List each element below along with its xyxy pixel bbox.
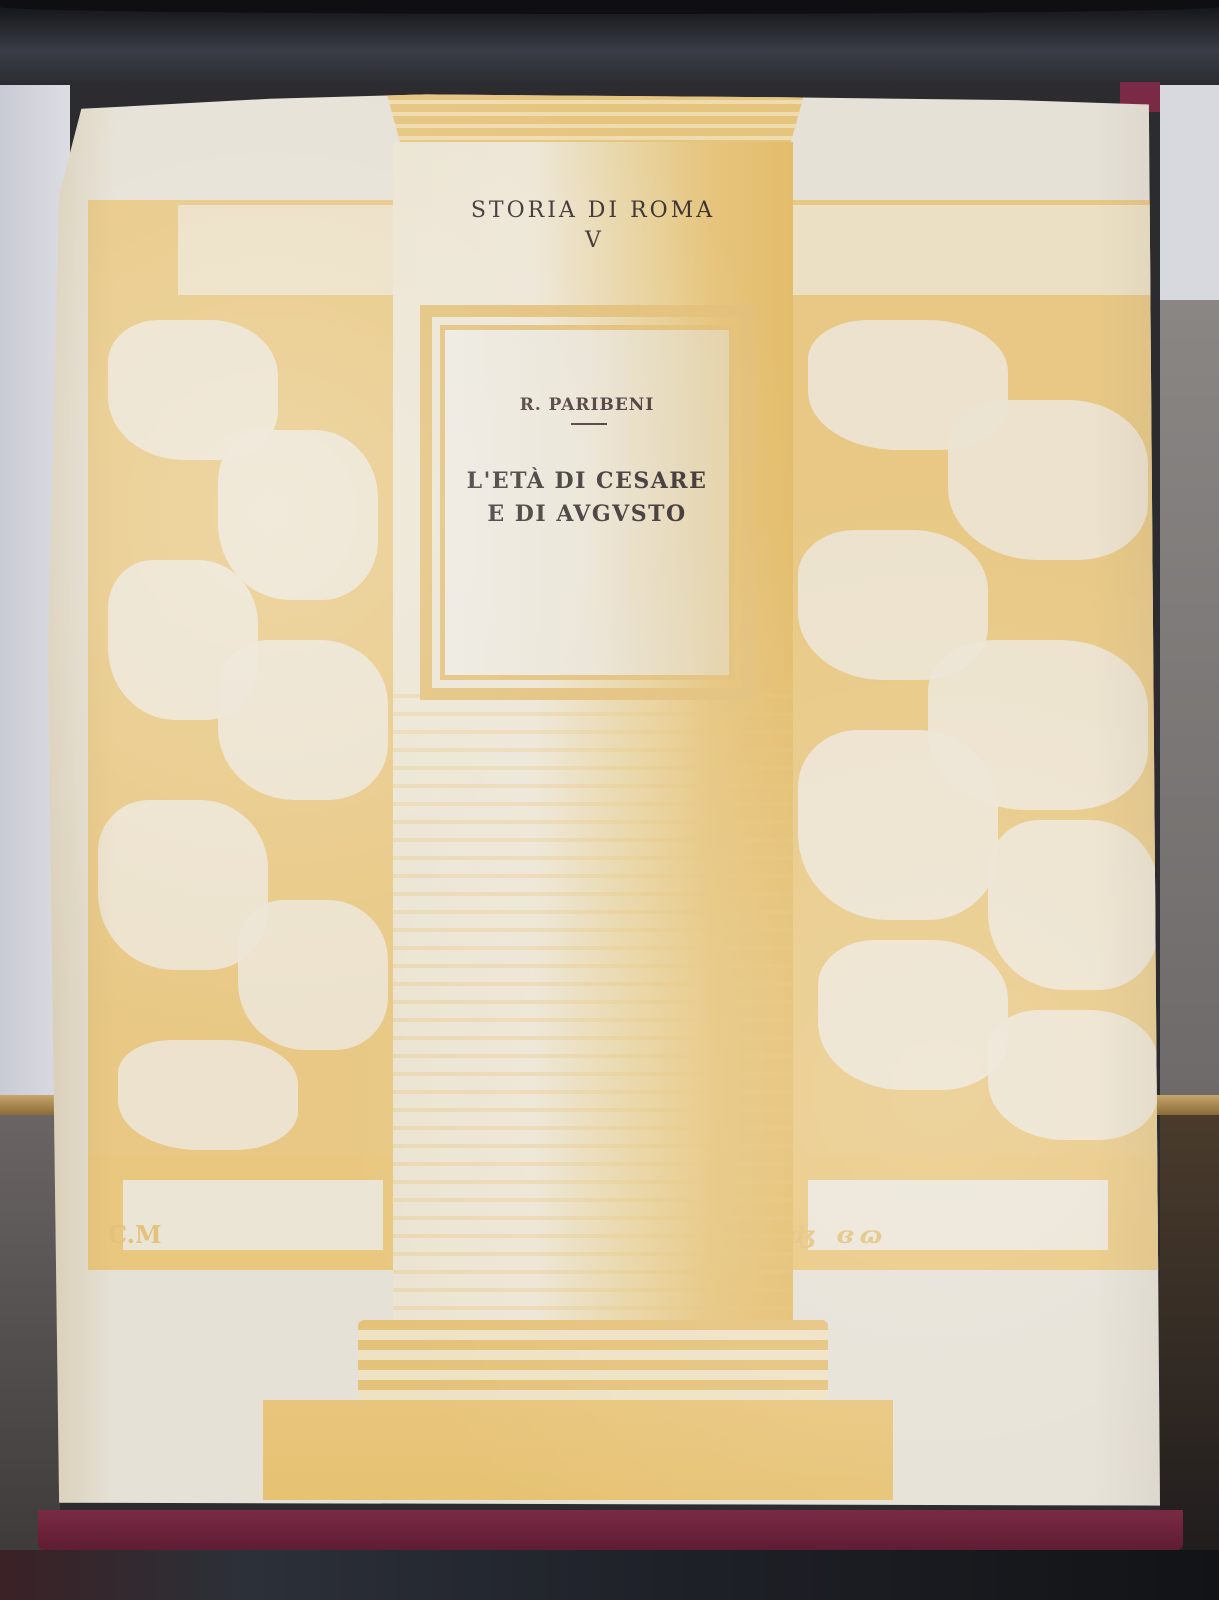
dust-jacket: C.M ʤ ɞɷ STORIA DI ROMA V R. PARIBENI L'…	[48, 80, 1160, 1520]
dark-cushion	[0, 0, 1219, 85]
paper-texture	[48, 80, 1160, 1520]
shadow-right	[1160, 300, 1219, 1100]
cushion-rim	[0, 0, 1219, 14]
wall-right	[1160, 85, 1219, 305]
floor	[0, 1550, 1219, 1600]
book-binding-edge	[38, 1510, 1183, 1550]
